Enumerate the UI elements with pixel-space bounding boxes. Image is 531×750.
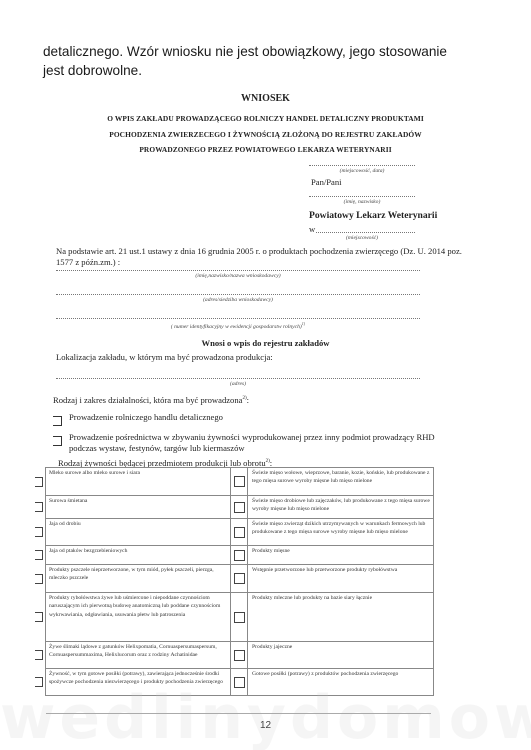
food-type-row: Mleko surowe albo mleko surowe i siaraŚw…: [46, 468, 434, 496]
applicant-address-caption: (adres/siedziba wnioskodawcy): [56, 297, 420, 303]
food-type-row: Surowa śmietanaŚwieże mięso drobiowe lub…: [46, 496, 434, 519]
form-title: WNIOSEK: [0, 93, 531, 104]
activity-checkbox-retail[interactable]: [53, 416, 62, 426]
applicant-id-field[interactable]: [56, 318, 420, 319]
food-type-table: Mleko surowe albo mleko surowe i siaraŚw…: [45, 467, 434, 696]
watermark: wedlinydomowe.pl: [0, 683, 531, 750]
food-right-checkbox[interactable]: [234, 573, 245, 584]
food-left-label: Żywe ślimaki lądowe z gatunków Helixpoma…: [49, 644, 217, 658]
food-left-label: Produkty rybołówstwa żywe lub uśmiercone…: [49, 595, 220, 618]
food-left-label: Jaja od drobiu: [49, 521, 81, 527]
food-type-row: Żywe ślimaki lądowe z gatunków Helixpoma…: [46, 642, 434, 669]
office-place-caption: (miejscowość): [309, 235, 415, 241]
subtitle-line: O WPIS ZAKŁADU PROWADZĄCEGO ROLNICZY HAN…: [0, 111, 531, 127]
location-address-caption: (adres): [56, 381, 420, 387]
food-left-checkbox[interactable]: [35, 574, 43, 584]
food-right-label: Wstępnie przetworzone lub przetworzone p…: [252, 567, 397, 573]
applicant-name-field[interactable]: [56, 270, 420, 271]
activity-label-intermediary: Prowadzenie pośrednictwa w zbywaniu żywn…: [69, 432, 439, 454]
office-in-prefix: w: [309, 224, 315, 235]
food-left-checkbox[interactable]: [35, 502, 43, 512]
applicant-address-field[interactable]: [56, 294, 420, 295]
food-left-checkbox[interactable]: [35, 550, 43, 560]
food-right-label: Świeże mięso drobiowe lub zajęczaków, lu…: [252, 498, 430, 512]
food-left-checkbox[interactable]: [35, 477, 43, 487]
food-type-row: Jaja od ptaków bezgrzebieniowychProdukty…: [46, 546, 434, 565]
food-left-checkbox[interactable]: [35, 527, 43, 537]
food-right-checkbox[interactable]: [234, 550, 245, 561]
food-right-checkbox[interactable]: [234, 612, 245, 623]
food-right-checkbox[interactable]: [234, 502, 245, 513]
office-title: Powiatowy Lekarz Weterynarii: [309, 210, 437, 221]
food-type-row: Produkty pszczele nieprzetworzone, w tym…: [46, 565, 434, 593]
food-right-checkbox[interactable]: [234, 650, 245, 661]
food-left-checkbox[interactable]: [35, 612, 43, 622]
food-right-label: Produkty mięsne: [252, 548, 290, 554]
form-subtitle: O WPIS ZAKŁADU PROWADZĄCEGO ROLNICZY HAN…: [0, 111, 531, 158]
food-right-checkbox[interactable]: [234, 527, 245, 538]
subtitle-line: PROWADZONEGO PRZEZ POWIATOWEGO LEKARZA W…: [0, 142, 531, 158]
food-right-checkbox[interactable]: [234, 476, 245, 487]
food-left-label: Produkty pszczele nieprzetworzone, w tym…: [49, 567, 214, 581]
food-right-label: Gotowe posiłki (potrawy) z produktów poc…: [252, 671, 398, 677]
food-left-checkbox[interactable]: [35, 650, 43, 660]
applicant-id-caption: ( numer identyfikacyjny w ewidencji gosp…: [56, 321, 420, 330]
place-date-caption: (miejscowość, data): [309, 168, 415, 174]
request-heading: Wnosi o wpis do rejestru zakładów: [0, 338, 531, 349]
food-type-row: Jaja od drobiuŚwieże mięso zwierząt dzik…: [46, 519, 434, 546]
location-address-field[interactable]: [56, 378, 420, 379]
food-type-row: Produkty rybołówstwa żywe lub uśmiercone…: [46, 593, 434, 642]
subtitle-line: POCHODZENIA ZWIERZECEGO I ŻYWNOŚCIĄ ZŁOŻ…: [0, 127, 531, 143]
food-left-label: Mleko surowe albo mleko surowe i siara: [49, 470, 140, 476]
applicant-name-caption: (imię,nazwisko/nazwa wnioskodawcy): [56, 273, 420, 279]
activity-checkbox-intermediary[interactable]: [53, 436, 62, 446]
addressee-salutation: Pan/Pani: [311, 177, 342, 188]
footer-divider: [46, 713, 431, 714]
page-number: 12: [0, 720, 531, 731]
activity-label: Rodzaj i zakres działalności, która ma b…: [53, 393, 249, 406]
food-right-label: Świeże mięso wołowe, wieprzowe, baranie,…: [252, 470, 429, 484]
location-label: Lokalizacja zakładu, w którym ma być pro…: [56, 352, 273, 363]
intro-paragraph: detalicznego. Wzór wniosku nie jest obow…: [43, 42, 463, 80]
food-left-label: Surowa śmietana: [49, 498, 87, 504]
food-right-label: Świeże mięso zwierząt dzikich utrzymywan…: [252, 521, 425, 535]
legal-basis: Na podstawie art. 21 ust.1 ustawy z dnia…: [56, 246, 476, 268]
food-right-label: Produkty mleczne lub produkty na bazie s…: [252, 595, 372, 601]
food-left-label: Jaja od ptaków bezgrzebieniowych: [49, 548, 127, 554]
activity-label-retail: Prowadzenie rolniczego handlu detaliczne…: [69, 412, 429, 423]
food-right-label: Produkty jajeczne: [252, 644, 292, 650]
addressee-name-field[interactable]: [309, 196, 415, 197]
office-place-field[interactable]: [316, 232, 415, 233]
addressee-name-caption: (imię, nazwisko): [309, 199, 415, 205]
place-date-field[interactable]: [309, 165, 415, 166]
